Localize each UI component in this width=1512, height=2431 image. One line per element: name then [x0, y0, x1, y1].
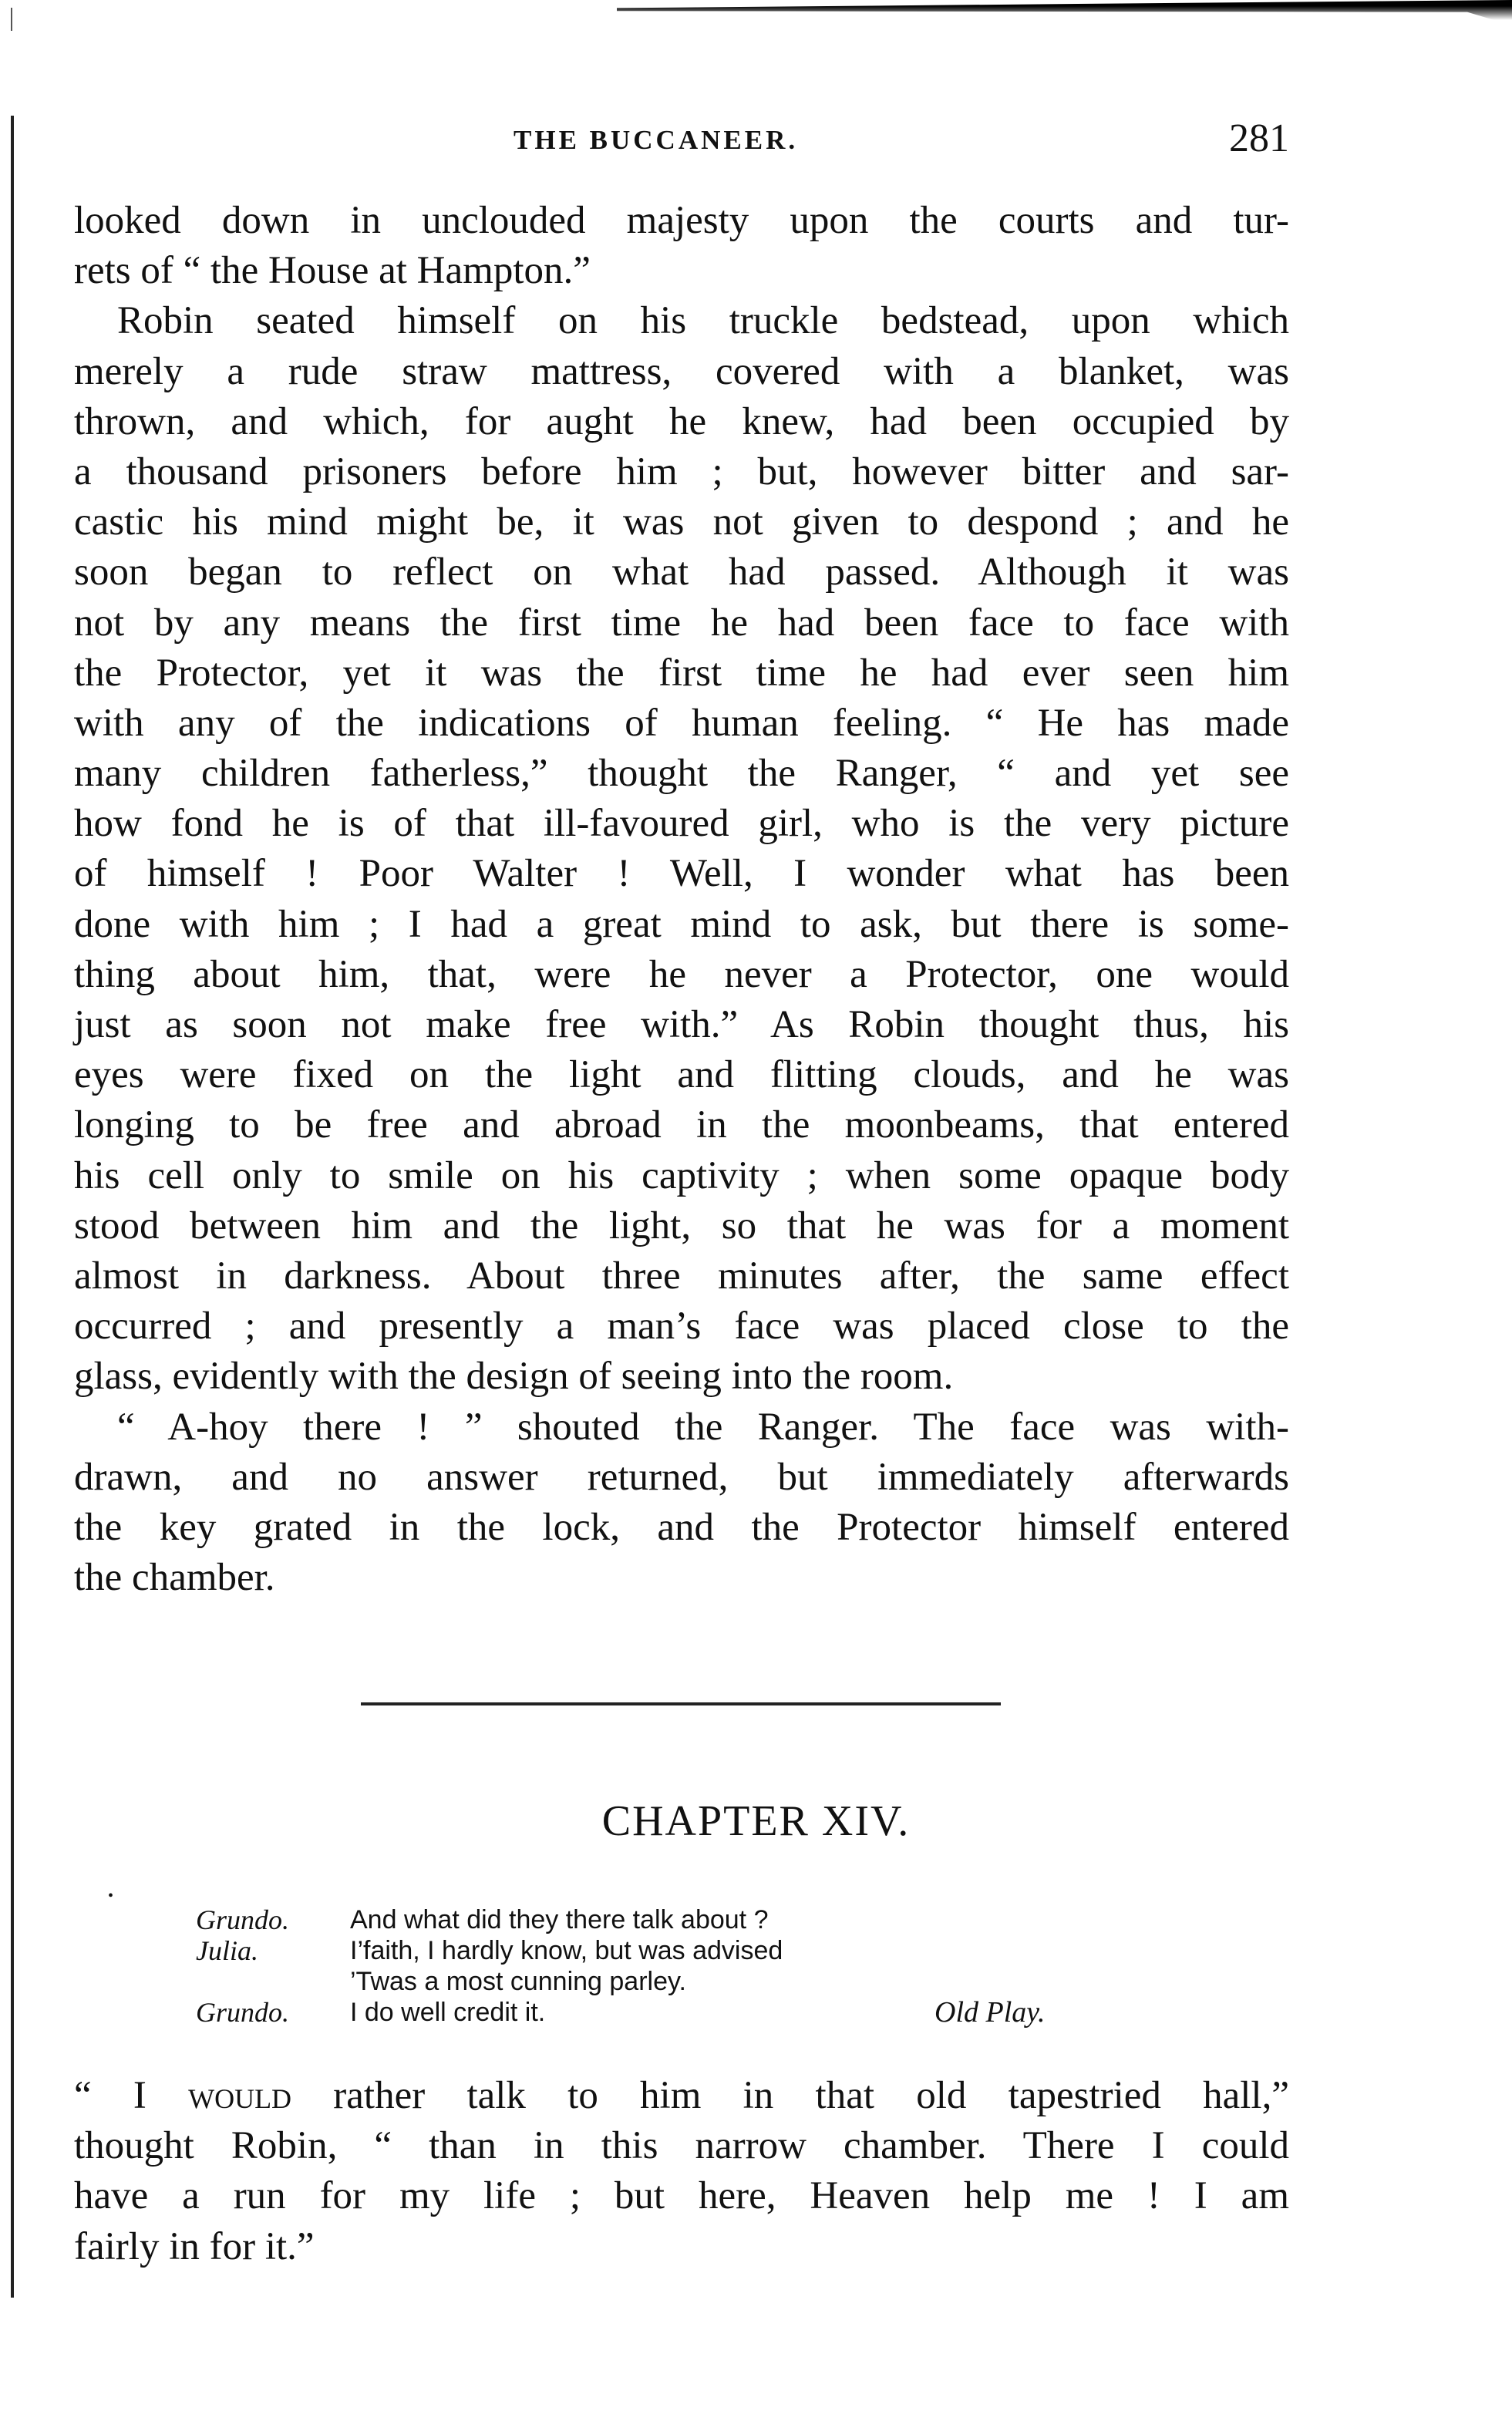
- text-line: “ A-hoy there ! ” shouted the Ranger. Th…: [74, 1402, 1289, 1453]
- text-line: glass, evidently with the design of seei…: [74, 1352, 1289, 1402]
- text-line: castic his mind might be, it was not giv…: [74, 497, 1289, 547]
- epigraph-text: And what did they there talk about ?: [350, 1904, 768, 1935]
- text-line: fairly in for it.”: [74, 2222, 1289, 2272]
- text-line: Robin seated himself on his truckle beds…: [74, 296, 1289, 346]
- paragraph-a-hoy: “ A-hoy there ! ” shouted the Ranger. Th…: [74, 1402, 1289, 1604]
- opening-line-rest: rather talk to him in that old tapestrie…: [291, 2074, 1289, 2117]
- text-line: rets of “ the House at Hampton.”: [74, 246, 1289, 296]
- running-title: THE BUCCANEER.: [514, 125, 798, 156]
- text-line: not by any means the first time he had b…: [74, 598, 1289, 648]
- scan-edge-mark: [11, 8, 12, 31]
- text-line: thought Robin, “ than in this narrow cha…: [74, 2121, 1289, 2171]
- text-line: looked down in unclouded majesty upon th…: [74, 196, 1289, 246]
- epigraph-row: Julia. I’faith, I hardly know, but was a…: [196, 1935, 1090, 1966]
- text-line: “ I would rather talk to him in that old…: [74, 2071, 1289, 2121]
- running-head: THE BUCCANEER. 281: [74, 116, 1289, 162]
- epigraph-row: ’Twas a most cunning parley.: [196, 1966, 1090, 1997]
- page-number: 281: [1229, 116, 1289, 161]
- text-line: thrown, and which, for aught he knew, ha…: [74, 397, 1289, 447]
- opening-smallcaps-word: would: [188, 2074, 291, 2117]
- text-line: his cell only to smile on his captivity …: [74, 1151, 1289, 1201]
- scan-shadow-top: [617, 0, 1512, 20]
- text-line: occurred ; and presently a man’s face wa…: [74, 1301, 1289, 1352]
- text-line: soon began to reflect on what had passed…: [74, 547, 1289, 598]
- text-line: drawn, and no answer returned, but immed…: [74, 1453, 1289, 1503]
- paragraph-continuation: looked down in unclouded majesty upon th…: [74, 196, 1289, 296]
- text-line: with any of the indications of human fee…: [74, 699, 1289, 749]
- text-line: the key grated in the lock, and the Prot…: [74, 1503, 1289, 1553]
- epigraph-speaker: Grundo.: [196, 1997, 289, 2028]
- chapter-title: CHAPTER XIV.: [0, 1796, 1512, 1846]
- opening-quote: “ I: [74, 2074, 188, 2117]
- text-line: thing about him, that, were he never a P…: [74, 950, 1289, 1000]
- section-divider-rule: [361, 1702, 1001, 1705]
- epigraph-speaker: Grundo.: [196, 1904, 289, 1935]
- text-line: longing to be free and abroad in the moo…: [74, 1100, 1289, 1150]
- text-line: stood between him and the light, so that…: [74, 1201, 1289, 1251]
- scan-page-edge: [11, 116, 14, 2298]
- text-line: merely a rude straw mattress, covered wi…: [74, 347, 1289, 397]
- text-line: how fond he is of that ill-favoured girl…: [74, 799, 1289, 849]
- text-line: of himself ! Poor Walter ! Well, I wonde…: [74, 849, 1289, 899]
- epigraph-text: ’Twas a most cunning parley.: [350, 1966, 686, 1997]
- text-line: have a run for my life ; but here, Heave…: [74, 2171, 1289, 2221]
- text-line: done with him ; I had a great mind to as…: [74, 900, 1289, 950]
- text-line: eyes were fixed on the light and flittin…: [74, 1050, 1289, 1100]
- text-line: almost in darkness. About three minutes …: [74, 1251, 1289, 1301]
- epigraph-text: I’faith, I hardly know, but was advised: [350, 1935, 783, 1966]
- epigraph-row: Grundo. I do well credit it. Old Play.: [196, 1997, 1090, 2028]
- epigraph-speaker: Julia.: [196, 1935, 258, 1966]
- text-line: just as soon not make free with.” As Rob…: [74, 1000, 1289, 1050]
- paragraph-chapter-opening: “ I would rather talk to him in that old…: [74, 2071, 1289, 2272]
- text-line: the chamber.: [74, 1553, 1289, 1603]
- scan-speck: •: [108, 1887, 113, 1905]
- epigraph-text: I do well credit it.: [350, 1997, 545, 2028]
- text-line: many children fatherless,” thought the R…: [74, 749, 1289, 799]
- paragraph-robin-seated: Robin seated himself on his truckle beds…: [74, 296, 1289, 1402]
- epigraph-row: Grundo. And what did they there talk abo…: [196, 1904, 1090, 1935]
- epigraph: Grundo. And what did they there talk abo…: [196, 1904, 1090, 2028]
- text-line: a thousand prisoners before him ; but, h…: [74, 447, 1289, 497]
- text-line: the Protector, yet it was the first time…: [74, 648, 1289, 699]
- epigraph-source: Old Play.: [934, 1997, 1046, 2028]
